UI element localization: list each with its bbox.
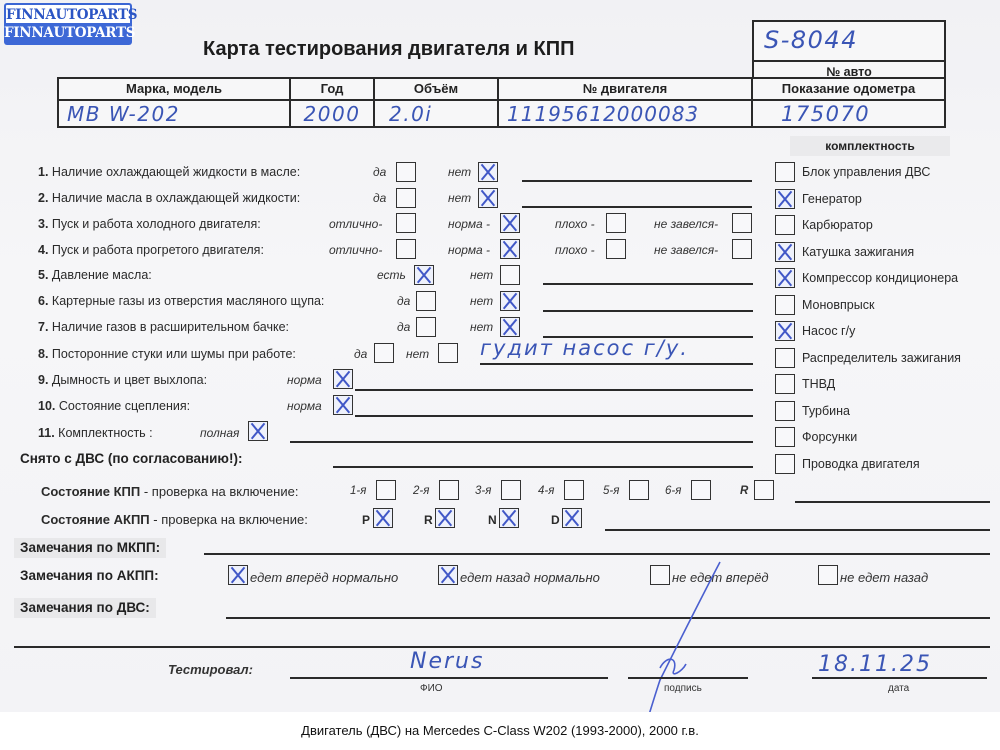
checkbox-row1-yes[interactable] [396,162,416,182]
note-line-row9[interactable] [355,389,753,391]
tester-name-caption: ФИО [420,683,443,694]
checkbox-row4-bad[interactable] [606,239,626,259]
akpp-remark-label: едет вперёд нормально [250,570,398,585]
header-odometer: Показание одометра [753,79,944,101]
mkpp-remarks-line[interactable] [204,553,990,555]
kpp-gear-checkbox[interactable] [564,480,584,500]
akpp-note-line[interactable] [605,529,990,531]
check-row-5: 5. Давление масла: [38,268,152,282]
completeness-item-label: Генератор [802,192,862,206]
completeness-item-label: ТНВД [802,377,835,391]
completeness-checkbox[interactable] [775,268,795,288]
completeness-checkbox[interactable] [775,427,795,447]
check-row-3: 3. Пуск и работа холодного двигателя: [38,217,261,231]
akpp-remark-checkbox[interactable] [228,565,248,585]
option-label-normal: норма - [448,217,490,231]
checkbox-row5-present[interactable] [414,265,434,285]
checkbox-row3-not-started[interactable] [732,213,752,233]
completeness-item-label: Распределитель зажигания [802,351,961,365]
note-line-row11[interactable] [290,441,753,443]
akpp-gear-checkbox[interactable] [435,508,455,528]
akpp-label: Состояние АКПП - проверка на включение: [41,512,308,527]
check-row-11: 11. Комплектность : [38,426,153,440]
akpp-remark-label: не едет назад [840,570,928,585]
tester-name-line[interactable] [290,677,608,679]
checkbox-row4-excellent[interactable] [396,239,416,259]
checkbox-row2-yes[interactable] [396,188,416,208]
option-label-yes: да [373,191,386,205]
signature-scribble [620,560,730,720]
completeness-checkbox[interactable] [775,454,795,474]
tester-name-value: Nerus [410,649,484,674]
car-number-value: S-8044 [764,26,858,54]
row-number: 10. [38,399,55,413]
signature-caption: подпись [664,683,702,694]
row-label: Пуск и работа прогретого двигателя: [52,243,264,257]
option-label-not-started: не завелся- [654,217,718,231]
checkbox-row5-absent[interactable] [500,265,520,285]
watermark-logo-top: FINNAUTOPARTS [4,3,132,23]
kpp-note-line[interactable] [795,501,990,503]
completeness-title: комплектность [790,136,950,156]
completeness-item-label: Блок управления ДВС [802,165,930,179]
volume-value: 2.0i [375,101,497,127]
option-label-excellent: отлично- [329,217,382,231]
option-label-no: нет [470,320,493,334]
kpp-gear-label: 5-я [603,485,619,497]
kpp-gear-checkbox[interactable] [754,480,774,500]
checkbox-row7-yes[interactable] [416,317,436,337]
option-label-absent: нет [470,268,493,282]
date-value: 18.11.25 [818,652,932,677]
checkbox-row9-normal[interactable] [333,369,353,389]
kpp-gear-label: 2-я [413,485,429,497]
kpp-gear-label: 4-я [538,485,554,497]
option-label-normal: норма - [448,243,490,257]
row-number: 11. [38,426,55,440]
check-row-9: 9. Дымность и цвет выхлопа: [38,373,207,387]
row-label: Дымность и цвет выхлопа: [52,373,207,387]
note-line-row6[interactable] [543,310,753,312]
completeness-item-label: Катушка зажигания [802,245,914,259]
engine-number-value: 11195612000083 [499,101,751,127]
kpp-label-bold: Состояние КПП [41,484,140,499]
engine-remarks-line-2[interactable] [14,646,990,648]
akpp-gear-checkbox[interactable] [499,508,519,528]
check-row-4: 4. Пуск и работа прогретого двигателя: [38,243,264,257]
akpp-gear-label: D [551,513,560,527]
checkbox-row8-yes[interactable] [374,343,394,363]
row-label: Состояние сцепления: [59,399,190,413]
row-label: Наличие газов в расширительном бачке: [52,320,289,334]
row-label: Наличие масла в охлаждающей жидкости: [52,191,300,205]
signature-line[interactable] [628,677,748,679]
row-number: 1. [38,165,48,179]
row-number: 9. [38,373,48,387]
row-number: 7. [38,320,48,334]
completeness-item-label: Моновпрыск [802,298,874,312]
completeness-checkbox[interactable] [775,215,795,235]
kpp-label-rest: - проверка на включение: [140,484,298,499]
option-label-no: нет [448,165,471,179]
header-volume: Объём [375,79,497,101]
akpp-remark-label: едет назад нормально [460,570,600,585]
completeness-item-label: Компрессор кондиционера [802,271,958,285]
checkbox-row4-not-started[interactable] [732,239,752,259]
note-line-row1[interactable] [522,180,752,182]
header-year: Год [291,79,373,101]
option-label-present: есть [377,268,406,282]
completeness-checkbox[interactable] [775,321,795,341]
completeness-checkbox[interactable] [775,295,795,315]
col-year: Год 2000 [291,79,375,126]
row-number: 8. [38,347,48,361]
row-number: 2. [38,191,48,205]
note-line-row5[interactable] [543,283,753,285]
completeness-checkbox[interactable] [775,189,795,209]
akpp-remark-checkbox[interactable] [818,565,838,585]
completeness-item-label: Насос г/у [802,324,855,338]
page-title: Карта тестирования двигателя и КПП [203,38,574,61]
akpp-remark-checkbox[interactable] [438,565,458,585]
row-label: Наличие охлаждающей жидкости в масле: [52,165,300,179]
completeness-checkbox[interactable] [775,162,795,182]
option-label-no: нет [406,347,429,361]
row-label: Пуск и работа холодного двигателя: [52,217,261,231]
option-label-yes: да [354,347,367,361]
kpp-gear-checkbox[interactable] [376,480,396,500]
note-row8-handwritten: гудит насос г/у. [480,336,689,360]
checkbox-row1-no[interactable] [478,162,498,182]
col-volume: Объём 2.0i [375,79,499,126]
car-number-box: S-8044 № авто [752,20,946,80]
option-label-yes: да [397,320,410,334]
watermark-logo-bottom: FINNAUTOPARTS [4,23,132,45]
kpp-gear-checkbox[interactable] [691,480,711,500]
col-engine-number: № двигателя 11195612000083 [499,79,753,126]
tested-by-label: Тестировал: [168,662,253,677]
vehicle-info-table: Марка, модель MB W-202 Год 2000 Объём 2.… [57,77,946,128]
col-make-model: Марка, модель MB W-202 [59,79,291,126]
kpp-gear-checkbox[interactable] [501,480,521,500]
date-line[interactable] [812,677,987,679]
check-row-8: 8. Посторонние стуки или шумы при работе… [38,347,296,361]
row-number: 5. [38,268,48,282]
option-label-yes: да [397,294,410,308]
akpp-gear-label: N [488,513,497,527]
header-make-model: Марка, модель [59,79,289,101]
engine-remarks-line[interactable] [226,617,990,619]
akpp-gear-checkbox[interactable] [562,508,582,528]
checkbox-row6-no[interactable] [500,291,520,311]
removed-from-engine-label: Снято с ДВС (по согласованию!): [20,451,242,466]
option-label-excellent: отлично- [329,243,382,257]
row-number: 4. [38,243,48,257]
akpp-gear-label: R [424,513,433,527]
kpp-gear-label: 3-я [475,485,491,497]
option-label-bad: плохо - [555,217,595,231]
kpp-gear-checkbox[interactable] [439,480,459,500]
option-label-normal: норма [287,399,322,413]
completeness-item-label: Проводка двигателя [802,457,920,471]
check-row-1: 1. Наличие охлаждающей жидкости в масле: [38,165,300,179]
check-row-6: 6. Картерные газы из отверстия масляного… [38,294,324,308]
odometer-value: 175070 [753,101,944,127]
option-label-full: полная [200,426,239,440]
date-caption: дата [888,683,909,694]
checkbox-row2-no[interactable] [478,188,498,208]
checkbox-row6-yes[interactable] [416,291,436,311]
check-row-7: 7. Наличие газов в расширительном бачке: [38,320,289,334]
check-row-2: 2. Наличие масла в охлаждающей жидкости: [38,191,300,205]
row-label: Давление масла: [52,268,152,282]
test-card-sheet: FINNAUTOPARTS FINNAUTOPARTS Карта тестир… [0,0,1000,712]
row-label: Картерные газы из отверстия масляного щу… [52,294,324,308]
option-label-yes: да [373,165,386,179]
row-number: 6. [38,294,48,308]
checkbox-row3-normal[interactable] [500,213,520,233]
completeness-checkbox[interactable] [775,401,795,421]
removed-from-engine-line[interactable] [333,466,753,468]
col-odometer: Показание одометра 175070 [753,79,944,126]
checkbox-row4-normal[interactable] [500,239,520,259]
option-label-no: нет [448,191,471,205]
checkbox-row3-bad[interactable] [606,213,626,233]
row-label: Комплектность : [58,426,152,440]
completeness-item-label: Турбина [802,404,850,418]
checkbox-row10-normal[interactable] [333,395,353,415]
akpp-label-rest: - проверка на включение: [150,512,308,527]
note-line-row2[interactable] [522,206,752,208]
kpp-gear-checkbox[interactable] [629,480,649,500]
note-line-row10[interactable] [355,415,753,417]
checkbox-row7-no[interactable] [500,317,520,337]
option-label-not-started: не завелся- [654,243,718,257]
kpp-gear-label: R [740,485,748,497]
kpp-gear-label: 6-я [665,485,681,497]
completeness-checkbox[interactable] [775,348,795,368]
note-line-row8[interactable] [480,363,753,365]
completeness-item-label: Карбюратор [802,218,873,232]
kpp-label: Состояние КПП - проверка на включение: [41,484,298,499]
image-caption: Двигатель (ДВС) на Mercedes C-Class W202… [0,712,1000,750]
checkbox-row3-excellent[interactable] [396,213,416,233]
header-engine-number: № двигателя [499,79,751,101]
completeness-checkbox[interactable] [775,374,795,394]
make-model-value: MB W-202 [59,101,289,127]
akpp-gear-label: P [362,513,370,527]
option-label-normal: норма [287,373,322,387]
kpp-gear-label: 1-я [350,485,366,497]
row-number: 3. [38,217,48,231]
year-value: 2000 [291,101,373,127]
completeness-item-label: Форсунки [802,430,857,444]
akpp-gear-checkbox[interactable] [373,508,393,528]
akpp-label-bold: Состояние АКПП [41,512,150,527]
row-label: Посторонние стуки или шумы при работе: [52,347,296,361]
checkbox-row8-no[interactable] [438,343,458,363]
option-label-bad: плохо - [555,243,595,257]
option-label-no: нет [470,294,493,308]
completeness-checkbox[interactable] [775,242,795,262]
engine-remarks-label: Замечания по ДВС: [14,598,156,618]
mkpp-remarks-label: Замечания по МКПП: [14,538,166,558]
check-row-10: 10. Состояние сцепления: [38,399,190,413]
akpp-remarks-label: Замечания по АКПП: [20,568,159,583]
checkbox-row11-full[interactable] [248,421,268,441]
